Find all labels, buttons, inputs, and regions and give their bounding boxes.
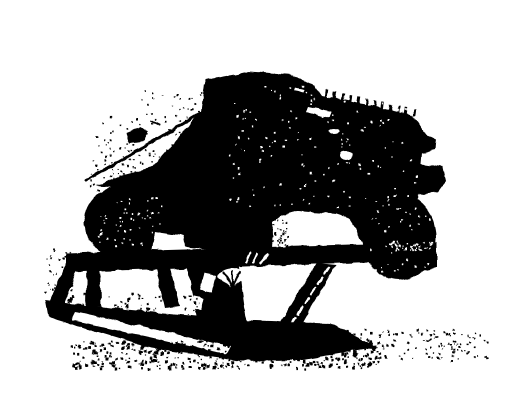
cargo-dirt-dot [104, 168, 106, 170]
band-dither-dot [147, 191, 148, 192]
rear-wheel-salt-dot [106, 217, 108, 219]
gap-dither-dot [282, 248, 283, 249]
lift-leg-left-inner [86, 261, 101, 307]
floor-shadow-dot [75, 363, 77, 365]
band-dither-dot [197, 189, 199, 191]
front-salt-dot [385, 246, 386, 247]
floor-shadow-dot [310, 362, 313, 365]
floor-speck-right-dot [357, 339, 359, 341]
floor-speck-right-dot [458, 347, 460, 349]
floor-speck-right-dot [477, 355, 478, 356]
body-salt-dot [393, 140, 394, 141]
floor-shadow-dot [122, 347, 125, 350]
base-top-speck-dot [52, 299, 54, 301]
floor-speck-right-dot [385, 356, 387, 358]
body-salt-dot [280, 184, 282, 186]
base-top-speck-dot [225, 296, 227, 298]
floor-speck-right-dot [379, 334, 381, 336]
floor-shadow-dot [311, 356, 312, 357]
body-salt-dot [301, 85, 303, 87]
floor-shadow-dot [154, 358, 156, 360]
gap-dither-dot [269, 232, 271, 234]
band-dither-dot [164, 159, 166, 161]
rear-wheel-salt-dot [158, 213, 159, 214]
floor-speck-right-dot [452, 329, 454, 331]
band-dither-dot [105, 186, 106, 187]
floor-speck-right-dot [429, 337, 431, 339]
band-dither-dot [155, 173, 156, 174]
floor-shadow-dot [337, 364, 339, 366]
floor-shadow-dot [287, 343, 288, 344]
platform-right-texture-dot [413, 244, 415, 246]
floor-shadow-dot [305, 363, 306, 364]
floor-shadow-dot [198, 341, 199, 342]
background-speck-dot [174, 115, 176, 117]
front-salt-dot [382, 271, 384, 273]
floor-shadow-dot [223, 368, 224, 369]
far-right-shadow-dot [453, 349, 455, 351]
front-salt-dot [398, 208, 400, 210]
floor-speck-right-dot [367, 338, 369, 340]
band-dither-dot [174, 190, 175, 191]
floor-speck-right-dot [433, 338, 434, 339]
floor-speck-right-dot [393, 335, 394, 336]
body-salt-dot [274, 140, 276, 142]
band-dither-dot [163, 180, 164, 181]
front-salt-dot [391, 246, 393, 248]
floor-shadow-dot [192, 346, 193, 347]
floor-speck-right-dot [454, 343, 455, 344]
band-dither-dot [173, 153, 175, 155]
floor-speck-right-dot [401, 358, 403, 360]
body-salt-dot [332, 88, 334, 90]
band-dither-dot [113, 177, 114, 178]
floor-speck-right-dot [467, 344, 469, 346]
floor-shadow-dot [367, 366, 369, 368]
base-top-speck-dot [204, 297, 206, 299]
floor-speck-right-dot [389, 334, 391, 336]
background-speck-dot [153, 98, 154, 99]
floor-shadow-dot [219, 357, 221, 359]
gap-dither-dot [283, 222, 284, 223]
band-dither-dot [180, 176, 181, 177]
platform-right-texture-dot [416, 250, 417, 251]
floor-shadow-dot [321, 362, 323, 364]
floor-shadow-dot [166, 352, 169, 355]
floor-shadow-dot [80, 361, 81, 362]
floor-speck-right-dot [388, 331, 390, 333]
cargo-dirt-dot [138, 173, 139, 174]
rear-wheel-salt-dot [147, 215, 148, 216]
cargo-dirt-dot [147, 134, 149, 136]
floor-shadow-dot [347, 344, 349, 346]
cargo-dirt-dot [151, 123, 153, 125]
floor-shadow-dot [284, 363, 285, 364]
floor-shadow-dot [173, 364, 176, 367]
body-salt-dot [349, 88, 351, 90]
body-salt-dot [300, 188, 302, 190]
body-salt-dot [366, 198, 367, 199]
body-salt-dot [228, 155, 230, 157]
gap-dither-dot [268, 247, 270, 249]
floor-shadow-dot [279, 356, 281, 358]
floor-shadow-dot [331, 359, 333, 361]
floor-shadow-dot [338, 340, 340, 342]
floor-shadow-dot [184, 344, 186, 346]
body-salt-dot [349, 196, 351, 198]
floor-shadow-dot [330, 363, 333, 366]
cargo-dirt-dot [185, 120, 187, 122]
body-salt-dot [279, 205, 280, 206]
floor-speck-right-dot [451, 346, 453, 348]
left-edge-fuzz-dot [47, 301, 49, 303]
floor-shadow-dot [117, 341, 119, 343]
floor-shadow-dot [90, 343, 92, 345]
floor-shadow-dot [253, 352, 256, 355]
cargo-dirt-dot [176, 116, 177, 117]
floor-shadow-dot [358, 345, 361, 348]
left-edge-fuzz-dot [50, 255, 51, 256]
body-salt-dot [373, 160, 375, 162]
floor-shadow-dot [288, 348, 290, 350]
cargo-dirt-dot [153, 150, 155, 152]
base-top-speck-dot [173, 302, 175, 304]
floor-shadow-dot [143, 340, 145, 342]
platform-right-texture-dot [402, 245, 403, 246]
left-edge-fuzz-dot [52, 249, 54, 251]
floor-shadow-dot [217, 347, 220, 350]
body-salt-dot [256, 119, 258, 121]
gap-dither-dot [280, 240, 282, 242]
floor-speck-right-dot [375, 356, 377, 358]
body-salt-dot [337, 206, 339, 208]
floor-shadow-dot [148, 341, 150, 343]
front-salt-dot [424, 270, 426, 272]
band-dither-dot [148, 186, 149, 187]
body-salt-dot [260, 147, 262, 149]
floor-speck-right-dot [333, 340, 336, 343]
floor-shadow-dot [368, 363, 371, 366]
rear-wheel-salt-dot [101, 216, 102, 217]
floor-shadow-dot [174, 345, 177, 348]
floor-speck-right-dot [426, 339, 428, 341]
floor-shadow-dot [76, 345, 77, 346]
floor-shadow-dot [278, 345, 280, 347]
base-top-speck-dot [140, 309, 142, 311]
far-right-shadow-dot [468, 351, 470, 353]
floor-speck-right-dot [402, 331, 405, 334]
rear-wheel-salt-dot [160, 224, 161, 225]
body-salt-dot [253, 190, 254, 191]
base-top-speck-dot [114, 305, 116, 307]
floor-shadow-dot [290, 362, 292, 364]
floor-shadow-dot [362, 341, 364, 343]
platform-right-texture-dot [429, 242, 430, 243]
floor-shadow-dot [330, 353, 333, 356]
left-edge-fuzz-dot [68, 301, 70, 303]
band-dither-dot [176, 160, 178, 162]
body-salt-dot [324, 174, 326, 176]
floor-shadow-dot [169, 345, 171, 347]
floor-shadow-dot [129, 358, 130, 359]
floor-shadow-dot [83, 348, 84, 349]
body-salt-dot [270, 89, 271, 90]
floor-shadow-dot [239, 358, 242, 361]
front-salt-dot [400, 221, 402, 223]
floor-shadow-dot [274, 352, 275, 353]
platform-right-texture-dot [420, 248, 422, 250]
band-dither-dot [172, 152, 173, 153]
far-right-shadow-dot [431, 334, 432, 335]
front-salt-dot [385, 229, 387, 231]
rear-wheel-salt-dot [114, 239, 116, 241]
body-salt-dot [340, 140, 341, 141]
floor-shadow-dot [313, 353, 314, 354]
floor-speck-right-dot [474, 338, 475, 339]
rear-wheel-salt-dot [107, 238, 109, 240]
band-dither-dot [168, 180, 169, 181]
rear-wheel-salt-dot [105, 215, 106, 216]
band-dither-dot [202, 173, 203, 174]
floor-shadow-dot [134, 360, 136, 362]
floor-speck-right-dot [423, 339, 424, 340]
floor-shadow-dot [369, 362, 370, 363]
front-salt-dot [377, 210, 379, 212]
gap-dither-dot [286, 245, 288, 247]
rear-wheel-salt-dot [115, 225, 116, 226]
band-dither-dot [150, 162, 152, 164]
base-top-speck-dot [210, 306, 211, 307]
cargo-dirt-dot [179, 140, 181, 142]
rear-wheel-salt-dot [148, 200, 150, 202]
halftone-photo-stage [0, 0, 523, 406]
background-speck-dot [176, 94, 178, 96]
band-dither-dot [128, 159, 130, 161]
far-right-shadow-dot [474, 356, 476, 358]
floor-shadow-dot [209, 357, 212, 360]
floor-shadow-dot [197, 362, 199, 364]
band-dither-dot [185, 165, 186, 166]
front-salt-dot [419, 216, 421, 218]
far-right-shadow-dot [486, 357, 488, 359]
base-top-speck-dot [90, 296, 91, 297]
floor-shadow-dot [232, 364, 234, 366]
floor-speck-right-dot [454, 333, 456, 335]
cargo-dirt-dot [168, 164, 170, 166]
floor-speck-right-dot [416, 348, 418, 350]
floor-shadow-dot [208, 346, 209, 347]
floor-shadow-dot [306, 357, 307, 358]
floor-shadow-dot [110, 362, 112, 364]
base-top-speck-dot [200, 293, 202, 295]
body-salt-dot [247, 138, 248, 139]
left-edge-fuzz-dot [69, 254, 70, 255]
floor-speck-right-dot [386, 344, 388, 346]
body-salt-dot [348, 123, 350, 125]
rear-wheel-salt-dot [130, 218, 132, 220]
band-dither-dot [157, 176, 158, 177]
floor-shadow-dot [359, 364, 361, 366]
cargo-dirt-dot [170, 129, 172, 131]
floor-speck-right-dot [409, 334, 410, 335]
band-dither-dot [93, 161, 94, 162]
body-salt-dot [305, 185, 306, 186]
far-right-shadow-dot [441, 357, 442, 358]
floor-shadow-dot [83, 357, 85, 359]
base-top-speck-dot [121, 309, 123, 311]
floor-shadow-dot [223, 362, 225, 364]
cargo-dirt-dot [131, 121, 133, 123]
floor-speck-right-dot [360, 359, 362, 361]
floor-shadow-dot [176, 365, 177, 366]
floor-shadow-dot [217, 368, 218, 369]
band-dither-dot [101, 171, 103, 173]
floor-shadow-dot [302, 355, 304, 357]
base-top-speck-dot [196, 299, 198, 301]
body-salt-dot [249, 206, 251, 208]
rear-wheel-salt-dot [128, 198, 130, 200]
body-salt-dot [333, 115, 335, 117]
rear-wheel-salt-dot [140, 242, 142, 244]
band-dither-dot [133, 152, 134, 153]
floor-shadow-dot [251, 343, 252, 344]
floor-shadow-dot [270, 357, 272, 359]
gap-dither-dot [268, 223, 269, 224]
floor-shadow-dot [271, 360, 273, 362]
floor-shadow-dot [147, 343, 149, 345]
floor-shadow-dot [358, 361, 360, 363]
body-salt-dot [274, 91, 275, 92]
gap-dither-dot [284, 239, 286, 241]
floor-shadow-dot [229, 351, 230, 352]
cargo-blob-mark [126, 126, 149, 143]
floor-speck-right-dot [452, 341, 454, 343]
base-top-speck-dot [194, 302, 196, 304]
body-salt-dot [238, 137, 240, 139]
floor-shadow-dot [281, 364, 282, 365]
platform-right-texture-dot [425, 247, 427, 249]
far-right-shadow-dot [460, 344, 462, 346]
floor-shadow-dot [319, 366, 321, 368]
floor-speck-right-dot [362, 356, 364, 358]
floor-shadow-dot [366, 342, 368, 344]
floor-speck-right-dot [391, 343, 393, 345]
floor-shadow-dot [346, 366, 348, 368]
floor-shadow-dot [314, 345, 317, 348]
floor-speck-right-dot [386, 330, 387, 331]
cargo-dirt-dot [120, 124, 122, 126]
platform-right-texture-dot [418, 243, 420, 245]
floor-shadow-dot [176, 342, 178, 344]
floor-shadow-dot [168, 367, 171, 370]
floor-shadow-dot [98, 358, 99, 359]
halftone-figure [0, 0, 523, 406]
body-salt-dot [359, 164, 361, 166]
platform-right-texture-dot [390, 244, 392, 246]
gap-dither-dot [277, 220, 278, 221]
body-salt-dot [281, 120, 282, 121]
floor-shadow-dot [100, 345, 102, 347]
band-dither-dot [104, 163, 106, 165]
body-salt-dot [233, 164, 235, 166]
floor-shadow-dot [198, 354, 199, 355]
background-speck-dot [163, 95, 164, 96]
hood-slat-tick [358, 97, 359, 104]
body-salt-dot [389, 204, 390, 205]
left-edge-fuzz-dot [65, 251, 66, 252]
band-dither-dot [123, 156, 124, 157]
body-salt-dot [378, 165, 380, 167]
floor-shadow-dot [296, 346, 297, 347]
band-dither-dot [160, 176, 162, 178]
gap-dither-dot [280, 229, 281, 230]
cargo-dirt-dot [196, 164, 197, 165]
rear-wheel-salt-dot [120, 201, 121, 202]
left-edge-fuzz-dot [67, 286, 69, 288]
floor-shadow-dot [372, 347, 374, 349]
floor-speck-right-dot [444, 332, 445, 333]
floor-shadow-dot [322, 365, 325, 368]
band-dither-dot [139, 155, 140, 156]
rear-wheel-salt-dot [122, 221, 124, 223]
rear-wheel-salt-dot [138, 214, 140, 216]
floor-speck-right-dot [437, 357, 439, 359]
floor-speck-right-dot [451, 360, 453, 362]
band-dither-dot [192, 152, 193, 153]
base-top-speck-dot [206, 309, 208, 311]
floor-shadow-dot [126, 353, 128, 355]
background-speck-dot [141, 100, 142, 101]
gap-dither-dot [280, 237, 282, 239]
body-salt-dot [376, 201, 377, 202]
floor-shadow-dot [225, 356, 227, 358]
left-edge-fuzz-dot [52, 274, 53, 275]
floor-speck-right-dot [359, 359, 361, 361]
body-salt-dot [414, 183, 416, 185]
floor-shadow-dot [256, 360, 258, 362]
floor-shadow-dot [236, 359, 237, 360]
front-salt-dot [419, 223, 420, 224]
band-dither-dot [162, 164, 164, 166]
front-salt-dot [410, 214, 411, 215]
floor-speck-right-dot [347, 331, 350, 334]
floor-shadow-dot [215, 363, 218, 366]
hood-slat-tick [342, 93, 343, 100]
front-salt-dot [372, 217, 373, 218]
cargo-dirt-dot [101, 170, 102, 171]
body-salt-dot [392, 157, 394, 159]
body-salt-dot [274, 204, 275, 205]
body-salt-dot [253, 195, 255, 197]
rear-wheel-salt-dot [99, 242, 100, 243]
platform-right-texture-dot [397, 248, 398, 249]
cargo-dirt-dot [171, 157, 173, 159]
floor-speck-right-dot [370, 332, 372, 334]
floor-shadow-dot [139, 363, 142, 366]
front-salt-dot [428, 219, 430, 221]
floor-shadow-dot [183, 344, 184, 345]
floor-speck-right-dot [380, 334, 381, 335]
floor-shadow-dot [177, 349, 179, 351]
band-dither-dot [169, 192, 171, 194]
hood-slat-tick [390, 104, 391, 111]
gap-dither-dot [285, 232, 286, 233]
floor-shadow-dot [267, 341, 268, 342]
body-salt-dot [242, 150, 243, 151]
body-salt-dot [350, 144, 351, 145]
front-salt-dot [370, 250, 371, 251]
band-dither-dot [119, 190, 121, 192]
